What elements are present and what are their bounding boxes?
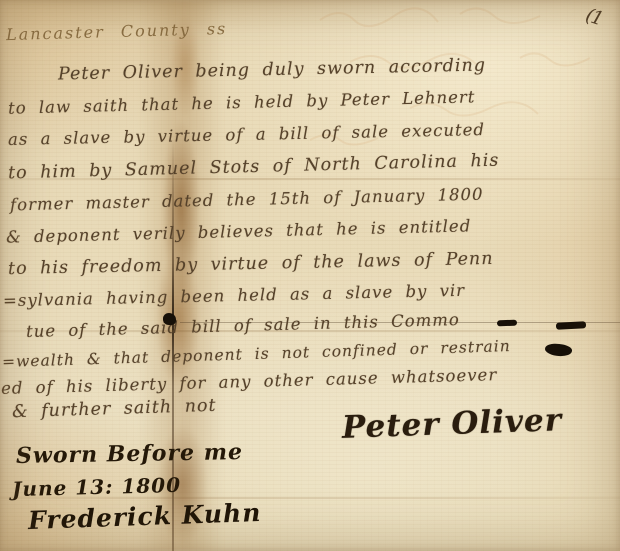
- body-line: & further saith not: [12, 396, 217, 422]
- body-line: to law saith that he is held by Peter Le…: [8, 87, 476, 117]
- bleed-through-writing: [290, 0, 620, 170]
- attestation-date: June 13: 1800: [12, 473, 182, 501]
- body-line: =sylvania having been held as a slave by…: [3, 281, 465, 310]
- county-heading: Lancaster County ss: [6, 19, 228, 44]
- body-line: Peter Oliver being duly sworn according: [58, 56, 486, 85]
- body-line: as a slave by virtue of a bill of sale e…: [8, 120, 485, 149]
- body-line: former master dated the 15th of January …: [10, 185, 484, 215]
- ink-blot: [544, 342, 572, 358]
- body-line: to his freedom by virtue of the laws of …: [8, 249, 494, 279]
- deponent-signature: Peter Oliver: [341, 402, 562, 446]
- body-line: & deponent verily believes that he is en…: [6, 216, 472, 246]
- page-number: (1: [583, 4, 605, 30]
- justice-signature: Frederick Kuhn: [28, 498, 262, 535]
- sworn-before-me-line: Sworn Before me: [16, 439, 243, 469]
- ink-blot: [556, 321, 586, 330]
- body-line: tue of the said bill of sale in this Com…: [26, 310, 460, 341]
- body-line: ed of his liberty for any other cause wh…: [1, 365, 498, 398]
- body-line: to him by Samuel Stots of North Carolina…: [8, 151, 500, 184]
- document-page: (1 Lancaster County ss Peter Oliver bein…: [0, 0, 620, 551]
- ink-blot: [497, 320, 517, 327]
